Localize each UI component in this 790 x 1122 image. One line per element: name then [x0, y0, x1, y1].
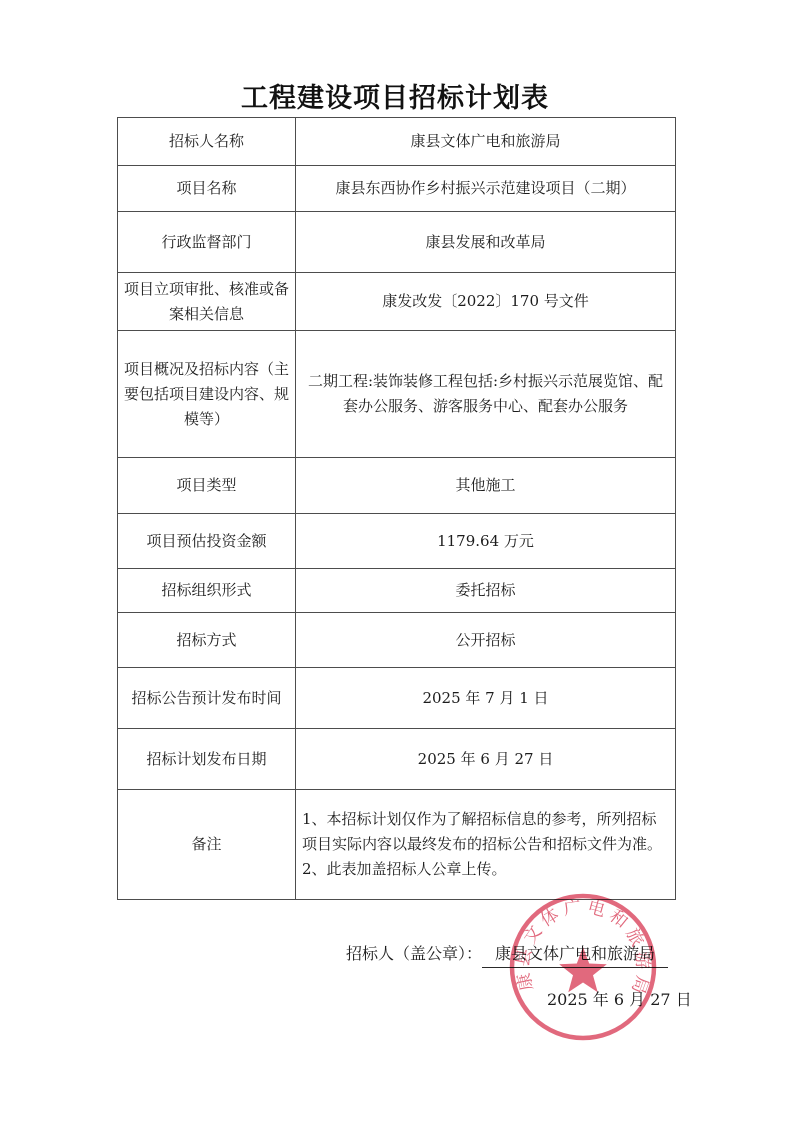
row-label: 项目预估投资金额: [118, 514, 296, 569]
row-value-remark: 1、本招标计划仅作为了解招标信息的参考，所列招标项目实际内容以最终发布的招标公告…: [296, 790, 676, 900]
remark-line: 2、此表加盖招标人公章上传。: [302, 857, 669, 882]
signature-line: 招标人（盖公章）：康县文体广电和旅游局: [346, 941, 668, 968]
row-value: 康发改发〔2022〕170 号文件: [296, 273, 676, 331]
table-row: 行政监督部门 康县发展和改革局: [118, 212, 676, 273]
page-title: 工程建设项目招标计划表: [0, 76, 790, 115]
row-label: 项目名称: [118, 166, 296, 212]
row-value: 2025 年 7 月 1 日: [296, 668, 676, 729]
table-row: 招标组织形式 委托招标: [118, 569, 676, 613]
row-value: 二期工程:装饰装修工程包括:乡村振兴示范展览馆、配套办公服务、游客服务中心、配套…: [296, 331, 676, 458]
row-label: 招标人名称: [118, 118, 296, 166]
table-row: 招标计划发布日期 2025 年 6 月 27 日: [118, 729, 676, 790]
table-row: 项目立项审批、核准或备案相关信息 康发改发〔2022〕170 号文件: [118, 273, 676, 331]
table-row: 项目类型 其他施工: [118, 458, 676, 514]
row-label: 招标组织形式: [118, 569, 296, 613]
row-value: 康县发展和改革局: [296, 212, 676, 273]
table-row: 招标人名称 康县文体广电和旅游局: [118, 118, 676, 166]
row-value: 1179.64 万元: [296, 514, 676, 569]
signature-date: 2025 年 6 月 27 日: [547, 987, 692, 1010]
row-value: 康县东西协作乡村振兴示范建设项目（二期）: [296, 166, 676, 212]
row-label: 招标计划发布日期: [118, 729, 296, 790]
row-value: 公开招标: [296, 613, 676, 668]
remark-line: 1、本招标计划仅作为了解招标信息的参考，所列招标项目实际内容以最终发布的招标公告…: [302, 807, 669, 857]
row-label: 项目立项审批、核准或备案相关信息: [118, 273, 296, 331]
row-value: 其他施工: [296, 458, 676, 514]
row-label: 招标方式: [118, 613, 296, 668]
table-row: 项目预估投资金额 1179.64 万元: [118, 514, 676, 569]
row-label: 项目概况及招标内容（主要包括项目建设内容、规模等）: [118, 331, 296, 458]
table-row: 项目概况及招标内容（主要包括项目建设内容、规模等） 二期工程:装饰装修工程包括:…: [118, 331, 676, 458]
table-row: 备注 1、本招标计划仅作为了解招标信息的参考，所列招标项目实际内容以最终发布的招…: [118, 790, 676, 900]
row-label: 备注: [118, 790, 296, 900]
signer-name: 康县文体广电和旅游局: [482, 941, 668, 968]
table-row: 招标公告预计发布时间 2025 年 7 月 1 日: [118, 668, 676, 729]
row-label: 行政监督部门: [118, 212, 296, 273]
row-value: 康县文体广电和旅游局: [296, 118, 676, 166]
table-row: 项目名称 康县东西协作乡村振兴示范建设项目（二期）: [118, 166, 676, 212]
row-label: 项目类型: [118, 458, 296, 514]
row-value: 委托招标: [296, 569, 676, 613]
row-value: 2025 年 6 月 27 日: [296, 729, 676, 790]
row-label: 招标公告预计发布时间: [118, 668, 296, 729]
sign-label: 招标人（盖公章）：: [346, 944, 482, 963]
tender-plan-table: 招标人名称 康县文体广电和旅游局 项目名称 康县东西协作乡村振兴示范建设项目（二…: [117, 117, 676, 900]
table-row: 招标方式 公开招标: [118, 613, 676, 668]
